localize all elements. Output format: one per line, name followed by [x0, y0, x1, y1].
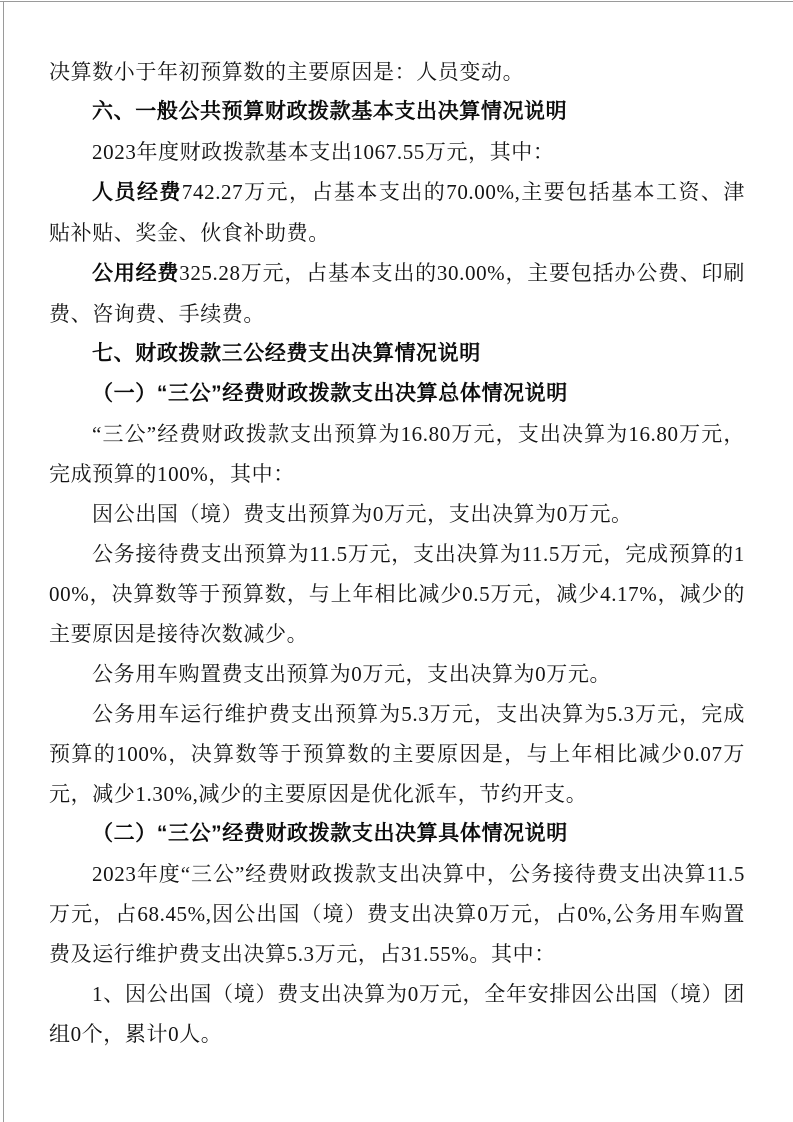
paragraph-abroad-detail: 1、因公出国（境）费支出决算为0万元，全年安排因公出国（境）团组0个，累计0人。	[49, 974, 745, 1054]
personnel-funds-term: 人员经费	[92, 181, 182, 204]
heading-subsection-1: （一）“三公”经费财政拨款支出决算总体情况说明	[49, 374, 745, 414]
paragraph-three-public-overview: “三公”经费财政拨款支出预算为16.80万元，支出决算为16.80万元，完成预算…	[49, 414, 745, 494]
page-left-edge-line	[3, 2, 4, 1122]
paragraph-basic-expenditure-total: 2023年度财政拨款基本支出1067.55万元，其中：	[49, 132, 745, 172]
paragraph-reception-budget: 公务接待费支出预算为11.5万元，支出决算为11.5万元，完成预算的100%，决…	[49, 534, 745, 654]
heading-section-7: 七、财政拨款三公经费支出决算情况说明	[49, 334, 745, 374]
paragraph-continuation-reason: 决算数小于年初预算数的主要原因是：人员变动。	[49, 52, 745, 92]
public-funds-term: 公用经费	[92, 262, 179, 285]
paragraph-three-public-detail: 2023年度“三公”经费财政拨款支出决算中，公务接待费支出决算11.5万元，占6…	[49, 854, 745, 974]
paragraph-public-funds: 公用经费325.28万元，占基本支出的30.00%，主要包括办公费、印刷费、咨询…	[49, 253, 745, 334]
paragraph-personnel-funds: 人员经费742.27万元，占基本支出的70.00%,主要包括基本工资、津贴补贴、…	[49, 172, 745, 253]
paragraph-abroad-budget: 因公出国（境）费支出预算为0万元，支出决算为0万元。	[49, 494, 745, 534]
paragraph-vehicle-purchase-budget: 公务用车购置费支出预算为0万元，支出决算为0万元。	[49, 654, 745, 694]
document-page: 决算数小于年初预算数的主要原因是：人员变动。 六、一般公共预算财政拨款基本支出决…	[0, 0, 793, 1122]
page-top-edge-line	[0, 1, 793, 2]
heading-section-6: 六、一般公共预算财政拨款基本支出决算情况说明	[49, 92, 745, 132]
heading-subsection-2: （二）“三公”经费财政拨款支出决算具体情况说明	[49, 814, 745, 854]
paragraph-vehicle-maintenance-budget: 公务用车运行维护费支出预算为5.3万元，支出决算为5.3万元，完成预算的100%…	[49, 694, 745, 814]
document-content: 决算数小于年初预算数的主要原因是：人员变动。 六、一般公共预算财政拨款基本支出决…	[0, 0, 793, 1054]
